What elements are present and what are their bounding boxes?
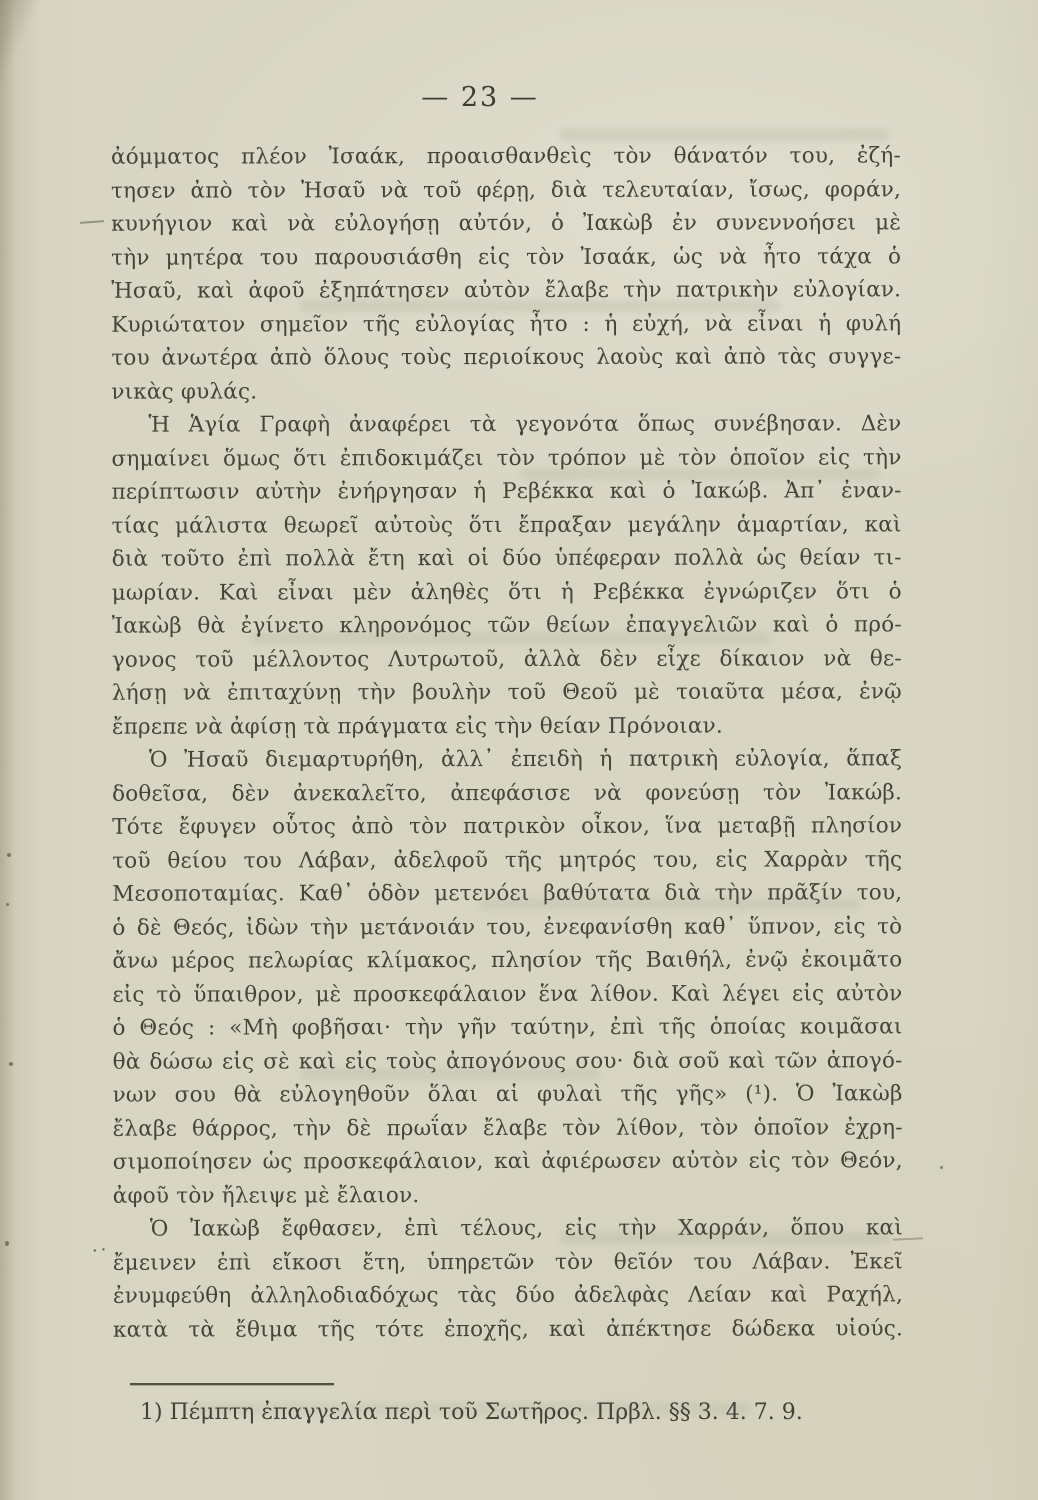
text-line: γονος τοῦ μέλλοντος Λυτρωτοῦ, ἀλλὰ δὲν ε… xyxy=(112,642,902,677)
paper-speck xyxy=(940,1166,943,1169)
paper-speck xyxy=(5,1241,9,1246)
text-line: διὰ τοῦτο ἐπὶ πολλὰ ἔτη καὶ οἱ δύο ὑπέφε… xyxy=(112,541,902,576)
paragraph-2: Ἡ Ἁγία Γραφὴ ἀναφέρει τὰ γεγονότα ὅπως σ… xyxy=(111,407,902,743)
text-line: ἔλαβε θάρρος, τὴν δὲ πρωΐαν ἔλαβε τὸν λί… xyxy=(113,1111,903,1146)
text-line: ἐνυμφεύθη ἀλληλοδιαδόχως τὰς δύο ἀδελφὰς… xyxy=(113,1278,903,1313)
text-line: σημαίνει ὅμως ὅτι ἐπιδοκιμάζει τὸν τρόπο… xyxy=(111,441,901,476)
text-line: εἰς τὸ ὕπαιθρον, μὲ προσκεφάλαιον ἕνα λί… xyxy=(112,977,902,1012)
footnote-separator xyxy=(130,1383,334,1385)
paper-speck xyxy=(6,903,9,906)
text-line: κυνήγιον καὶ νὰ εὐλογήσῃ αὐτόν, ὁ Ἰακὼβ … xyxy=(111,206,901,241)
text-line: ἀόμματος πλέον Ἰσαάκ, προαισθανθεὶς τὸν … xyxy=(111,139,901,174)
text-line: τὴν μητέρα του παρουσιάσθη εἰς τὸν Ἰσαάκ… xyxy=(111,240,901,275)
paragraph-4: Ὁ Ἰακὼβ ἔφθασεν, ἐπὶ τέλους, εἰς τὴν Χαρ… xyxy=(113,1211,903,1346)
text-line: Ὁ Ἰακὼβ ἔφθασεν, ἐπὶ τέλους, εἰς τὴν Χαρ… xyxy=(113,1211,903,1246)
text-line: νων σου θὰ εὐλογηθοῦν ὅλαι αἱ φυλαὶ τῆς … xyxy=(113,1077,903,1112)
text-line: του ἀνωτέρα ἀπὸ ὅλους τοὺς περιοίκους λα… xyxy=(111,340,901,375)
text-line: ὁ δὲ Θεός, ἰδὼν τὴν μετάνοιάν του, ἐνεφα… xyxy=(112,910,902,945)
text-line: Κυριώτατον σημεῖον τῆς εὐλογίας ἦτο : ἡ … xyxy=(111,307,901,342)
paper-speck xyxy=(7,853,11,857)
margin-scratch xyxy=(893,1237,923,1241)
text-line: κατὰ τὰ ἔθιμα τῆς τότε ἐποχῆς, καὶ ἀπέκτ… xyxy=(113,1312,903,1347)
text-line: ἔπρεπε νὰ ἀφίσῃ τὰ πράγματα εἰς τὴν θεία… xyxy=(112,709,902,744)
text-line: τησεν ἀπὸ τὸν Ἠσαῦ νὰ τοῦ φέρῃ, διὰ τελε… xyxy=(111,173,901,208)
text-line: σιμοποίησεν ὡς προσκεφάλαιον, καὶ ἀφιέρω… xyxy=(113,1144,903,1179)
footnote: 1) Πέμπτη ἐπαγγελία περὶ τοῦ Σωτῆρος. Πρ… xyxy=(140,1398,860,1428)
text-line: Ἠσαῦ, καὶ ἀφοῦ ἐξηπάτησεν αὐτὸν ἔλαβε τὴ… xyxy=(111,273,901,308)
paragraph-1: ἀόμματος πλέον Ἰσαάκ, προαισθανθεὶς τὸν … xyxy=(111,139,901,408)
paper-speck xyxy=(9,1062,13,1066)
text-line: περίπτωσιν αὐτὴν ἐνήργησαν ἡ Ρεβέκκα καὶ… xyxy=(112,474,902,509)
text-line: μωρίαν. Καὶ εἶναι μὲν ἀληθὲς ὅτι ἡ Ρεβέκ… xyxy=(112,575,902,610)
margin-dash-mark xyxy=(80,220,104,224)
body-text: ἀόμματος πλέον Ἰσαάκ, προαισθανθεὶς τὸν … xyxy=(111,139,903,1346)
text-line: δοθεῖσα, δὲν ἀνεκαλεῖτο, ἀπεφάσισε νὰ φο… xyxy=(112,776,902,811)
text-line: Ὁ Ἠσαῦ διεμαρτυρήθη, ἀλλ᾽ ἐπειδὴ ἡ πατρι… xyxy=(112,742,902,777)
text-line: τίας μάλιστα θεωρεῖ αὐτοὺς ὅτι ἔπραξαν μ… xyxy=(112,508,902,543)
text-line: νικὰς φυλάς. xyxy=(111,374,901,409)
text-line: ἄνω μέρος πελωρίας κλίμακος, πλησίον τῆς… xyxy=(112,943,902,978)
text-line: Μεσοποταμίας. Καθ᾽ ὁδὸν μετενόει βαθύτατ… xyxy=(112,876,902,911)
text-line: τοῦ θείου του Λάβαν, ἀδελφοῦ τῆς μητρός … xyxy=(112,843,902,878)
text-line: Τότε ἔφυγεν οὗτος ἀπὸ τὸν πατρικὸν οἶκον… xyxy=(112,809,902,844)
text-line: Ἡ Ἁγία Γραφὴ ἀναφέρει τὰ γεγονότα ὅπως σ… xyxy=(111,407,901,442)
margin-pencil-mark: ·· xyxy=(91,1239,111,1262)
page-corner-shadow xyxy=(0,0,70,150)
text-line: Ἰακὼβ θὰ ἐγίνετο κληρονόμος τῶν θείων ἐπ… xyxy=(112,608,902,643)
text-line: ἔμεινεν ἐπὶ εἴκοσι ἔτη, ὑπηρετῶν τὸν θεῖ… xyxy=(113,1245,903,1280)
text-line: ἀφοῦ τὸν ἤλειψε μὲ ἔλαιον. xyxy=(113,1178,903,1213)
text-line: λήσῃ νὰ ἐπιταχύνῃ τὴν βουλὴν τοῦ Θεοῦ μὲ… xyxy=(112,675,902,710)
book-page: — 23 — ἀόμματος πλέον Ἰσαάκ, προαισθανθε… xyxy=(0,0,1038,1500)
paragraph-3: Ὁ Ἠσαῦ διεμαρτυρήθη, ἀλλ᾽ ἐπειδὴ ἡ πατρι… xyxy=(112,742,903,1212)
text-line: ὁ Θεός : «Μὴ φοβῆσαι· τὴν γῆν ταύτην, ἐπ… xyxy=(112,1010,902,1045)
text-line: θὰ δώσω εἰς σὲ καὶ εἰς τοὺς ἀπογόνους σο… xyxy=(113,1044,903,1079)
page-number: — 23 — xyxy=(0,82,960,113)
